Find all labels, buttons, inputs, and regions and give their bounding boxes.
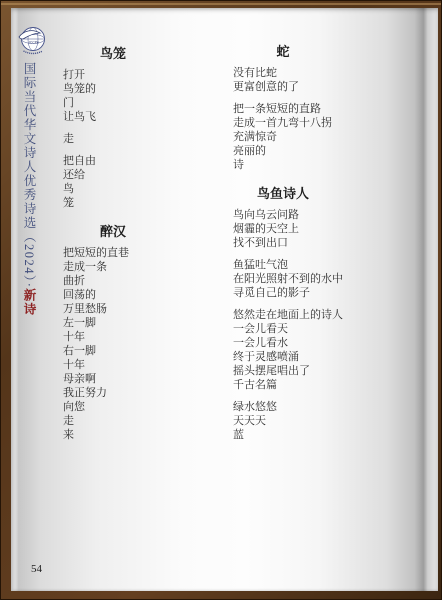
poem-line: 烟霾的天空上 bbox=[233, 222, 428, 236]
logo-arc-text bbox=[24, 51, 43, 54]
poem-line: 十年 bbox=[63, 330, 223, 344]
poem-line: 右一脚 bbox=[63, 344, 223, 358]
poem-line: 悠然走在地面上的诗人 bbox=[233, 308, 428, 322]
poem-line: 笼 bbox=[63, 196, 223, 210]
poem-title: 醉汉 bbox=[63, 224, 163, 240]
poem-stanza: 把一条短短的直路走成一首九弯十八拐充满惊奇亮丽的诗 bbox=[233, 102, 428, 172]
poem-stanza: 走 bbox=[63, 132, 223, 146]
right-column: 蛇没有比蛇更富创意的了把一条短短的直路走成一首九弯十八拐充满惊奇亮丽的诗 鸟鱼诗… bbox=[233, 44, 428, 456]
poem-line: 没有比蛇 bbox=[233, 66, 428, 80]
poem-drunkard: 醉汉把短短的直巷走成一条曲折回荡的万里愁肠左一脚十年右一脚十年母亲啊我正努力向您… bbox=[63, 224, 223, 442]
logo-text: ICCPA bbox=[29, 41, 40, 45]
poem-line: 回荡的 bbox=[63, 288, 223, 302]
book-page: ICCPA 国际当代华文诗人优秀诗选（2024）·新诗 鸟笼打开鸟笼的门让鸟飞走… bbox=[0, 0, 442, 600]
poem-stanza: 没有比蛇更富创意的了 bbox=[233, 66, 428, 94]
poem-line: 走成一条 bbox=[63, 260, 223, 274]
poem-line: 诗 bbox=[233, 158, 428, 172]
poem-line: 让鸟飞 bbox=[63, 110, 223, 124]
poem-line: 左一脚 bbox=[63, 316, 223, 330]
poem-stanza: 把短短的直巷走成一条曲折回荡的万里愁肠左一脚十年右一脚十年母亲啊我正努力向您走来 bbox=[63, 246, 223, 442]
series-year: （2024） bbox=[22, 230, 36, 283]
poem-line: 把一条短短的直路 bbox=[233, 102, 428, 116]
poem-line: 终于灵感喷涌 bbox=[233, 350, 428, 364]
poem-title: 鸟鱼诗人 bbox=[233, 186, 333, 202]
poem-line: 鸟向乌云问路 bbox=[233, 208, 428, 222]
poem-line: 母亲啊 bbox=[63, 372, 223, 386]
poem-line: 天天天 bbox=[233, 414, 428, 428]
poem-line: 亮丽的 bbox=[233, 144, 428, 158]
poem-birdcage: 鸟笼打开鸟笼的门让鸟飞走把自由还给鸟笼 bbox=[63, 46, 223, 210]
poem-line: 鱼猛吐气泡 bbox=[233, 258, 428, 272]
poem-line: 摇头摆尾唱出了 bbox=[233, 364, 428, 378]
poem-line: 绿水悠悠 bbox=[233, 400, 428, 414]
poem-line: 千古名篇 bbox=[233, 378, 428, 392]
poem-line: 门 bbox=[63, 96, 223, 110]
poem-line: 鸟笼的 bbox=[63, 82, 223, 96]
globe-dove-icon: ICCPA bbox=[13, 25, 51, 59]
poem-line: 一会儿看水 bbox=[233, 336, 428, 350]
poem-line: 万里愁肠 bbox=[63, 302, 223, 316]
poem-line: 走 bbox=[63, 132, 223, 146]
poem-line: 我正努力 bbox=[63, 386, 223, 400]
poem-line: 来 bbox=[63, 428, 223, 442]
page-number: 54 bbox=[31, 563, 42, 575]
publisher-logo: ICCPA bbox=[13, 25, 51, 59]
poem-stanza: 悠然走在地面上的诗人一会儿看天一会儿看水终于灵感喷涌摇头摆尾唱出了千古名篇 bbox=[233, 308, 428, 392]
series-volume-label: 新诗 bbox=[22, 288, 36, 316]
left-column: 鸟笼打开鸟笼的门让鸟飞走把自由还给鸟笼 醉汉把短短的直巷走成一条曲折回荡的万里愁… bbox=[63, 46, 223, 456]
poem-stanza: 打开鸟笼的门让鸟飞 bbox=[63, 68, 223, 124]
poem-line: 充满惊奇 bbox=[233, 130, 428, 144]
poem-stanza: 鱼猛吐气泡在阳光照射不到的水中寻觅自己的影子 bbox=[233, 258, 428, 300]
poem-bird-fish-poet: 鸟鱼诗人鸟向乌云问路烟霾的天空上找不到出口鱼猛吐气泡在阳光照射不到的水中寻觅自己… bbox=[233, 186, 428, 442]
poem-line: 曲折 bbox=[63, 274, 223, 288]
poem-line: 找不到出口 bbox=[233, 236, 428, 250]
poem-line: 十年 bbox=[63, 358, 223, 372]
poem-line: 把自由 bbox=[63, 154, 223, 168]
poem-line: 向您 bbox=[63, 400, 223, 414]
poem-line: 一会儿看天 bbox=[233, 322, 428, 336]
series-title-text: 国际当代华文诗人优秀诗选 bbox=[22, 62, 36, 230]
page-content: ICCPA 国际当代华文诗人优秀诗选（2024）·新诗 鸟笼打开鸟笼的门让鸟飞走… bbox=[0, 0, 442, 600]
poem-stanza: 鸟向乌云问路烟霾的天空上找不到出口 bbox=[233, 208, 428, 250]
poem-line: 在阳光照射不到的水中 bbox=[233, 272, 428, 286]
poem-line: 打开 bbox=[63, 68, 223, 82]
poem-line: 鸟 bbox=[63, 182, 223, 196]
poem-line: 走 bbox=[63, 414, 223, 428]
poem-line: 更富创意的了 bbox=[233, 80, 428, 94]
poem-line: 把短短的直巷 bbox=[63, 246, 223, 260]
poem-line: 走成一首九弯十八拐 bbox=[233, 116, 428, 130]
poem-line: 蓝 bbox=[233, 428, 428, 442]
poem-snake: 蛇没有比蛇更富创意的了把一条短短的直路走成一首九弯十八拐充满惊奇亮丽的诗 bbox=[233, 44, 428, 172]
poem-title: 鸟笼 bbox=[63, 46, 163, 62]
book-series-title: 国际当代华文诗人优秀诗选（2024）·新诗 bbox=[21, 62, 36, 316]
poem-title: 蛇 bbox=[233, 44, 333, 60]
poem-stanza: 把自由还给鸟笼 bbox=[63, 154, 223, 210]
poem-stanza: 绿水悠悠天天天蓝 bbox=[233, 400, 428, 442]
poem-line: 寻觅自己的影子 bbox=[233, 286, 428, 300]
poem-line: 还给 bbox=[63, 168, 223, 182]
